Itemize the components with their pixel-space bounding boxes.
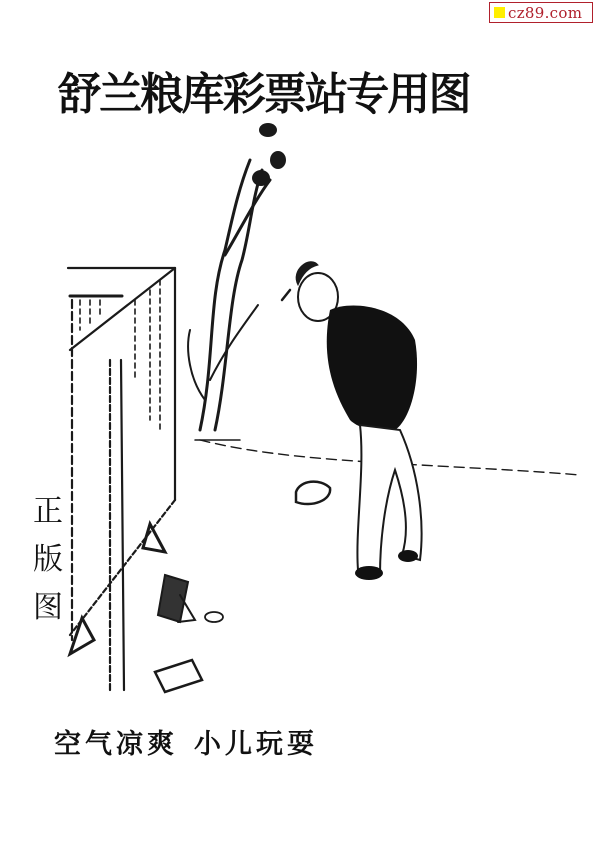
brick-icon (158, 575, 188, 622)
marbles-icon (205, 612, 223, 622)
side-label-char: 图 (30, 584, 66, 632)
child-figure-icon (282, 262, 422, 580)
tree-icon (188, 160, 270, 440)
side-label: 正 版 图 (30, 488, 66, 632)
side-label-char: 版 (30, 536, 66, 584)
tree-leaves-icon (252, 123, 286, 186)
stone-icon (296, 482, 330, 504)
fence-icon (68, 268, 175, 690)
stake-icon (70, 618, 94, 654)
caption-right: 小儿玩耍 (194, 729, 318, 760)
brick-icon (155, 660, 202, 692)
caption-left: 空气凉爽 (54, 729, 178, 760)
side-label-char: 正 (30, 488, 66, 536)
caption: 空气凉爽小儿玩耍 (54, 722, 318, 761)
